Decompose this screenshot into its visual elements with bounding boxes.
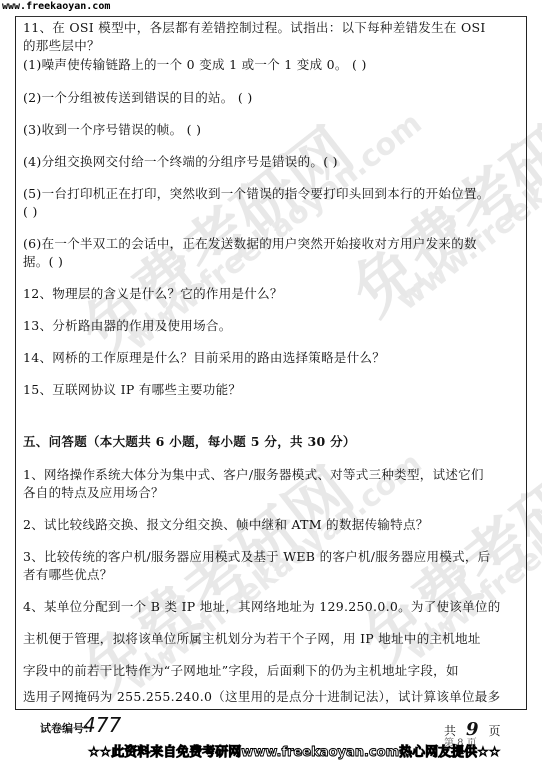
section-5-q4-line2: 主机便于管理，拟将该单位所属主机划分为若干个子网，用 IP 地址中的主机地址 — [23, 631, 481, 647]
section-5-q3-line2: 者有哪些优点？ — [23, 567, 113, 583]
total-pages-suffix: 页 — [489, 724, 501, 738]
question-11-item-4: (4)分组交换网交付给一个终端的分组序号是错误的。( ) — [23, 154, 338, 170]
question-11-item-2: (2)一个分组被传送到错误的目的站。 ( ) — [23, 90, 253, 106]
exam-question-box: 11、在 OSI 模型中，各层都有差错控制过程。试指出：以下每种差错发生在 OS… — [15, 16, 527, 710]
question-13: 13、分析路由器的作用及使用场合。 — [23, 318, 232, 334]
section-5-q4-line4: 选用子网掩码为 255.255.240.0（这里用的是点分十进制记法），试计算该… — [23, 689, 500, 705]
site-url: www.freekaoyan.com — [2, 1, 110, 12]
question-11-item-1: (1)噪声使传输链路上的一个 0 变成 1 或一个 1 变成 0。 ( ) — [23, 57, 367, 73]
question-11-line2: 的那些层中？ — [23, 38, 100, 54]
question-12: 12、物理层的含义是什么？它的作用是什么？ — [23, 286, 283, 302]
question-15: 15、互联网协议 IP 有哪些主要功能？ — [23, 382, 241, 398]
section-5-title: 五、问答题（本大题共 6 小题，每小题 5 分，共 30 分） — [23, 434, 356, 450]
section-5-q3-line1: 3、比较传统的客户机/服务器应用模式及基于 WEB 的客户机/服务器应用模式，后 — [23, 549, 490, 565]
section-5-q1-line2: 各自的特点及应用场合？ — [23, 485, 164, 501]
question-11-item-3: (3)收到一个序号错误的帧。 ( ) — [23, 122, 201, 138]
question-14: 14、网桥的工作原理是什么？目前采用的路由选择策略是什么？ — [23, 350, 385, 366]
section-5-q2: 2、试比较线路交换、报文分组交换、帧中继和 ATM 的数据传输特点？ — [23, 517, 429, 533]
question-11-line1: 11、在 OSI 模型中，各层都有差错控制过程。试指出：以下每种差错发生在 OS… — [23, 20, 486, 36]
paper-code: 477 — [83, 713, 121, 737]
section-5-q1-line1: 1、网络操作系统大体分为集中式、客户/服务器模式、对等式三种类型，试述它们 — [23, 467, 484, 483]
question-11-item-5: (5)一台打印机正在打印，突然收到一个错误的指令要打印头回到本行的开始位置。 — [23, 186, 490, 202]
source-banner: ☆☆此资料来自免费考研网www.freekaoyan.com热心网友提供☆☆ — [88, 741, 500, 760]
question-11-item-6: (6)在一个半双工的会话中，正在发送数据的用户突然开始接收对方用户发来的数 — [23, 236, 477, 252]
question-11-item-6-cont: 据。( ) — [23, 254, 63, 270]
section-5-q4-line3: 字段中的前若干比特作为“子网地址”字段，后面剩下的仍为主机地址字段，如 — [23, 663, 459, 679]
question-11-item-5-blank: ( ) — [23, 204, 38, 220]
section-5-q4-line1: 4、某单位分配到一个 B 类 IP 地址，其网络地址为 129.250.0.0。… — [23, 599, 501, 615]
